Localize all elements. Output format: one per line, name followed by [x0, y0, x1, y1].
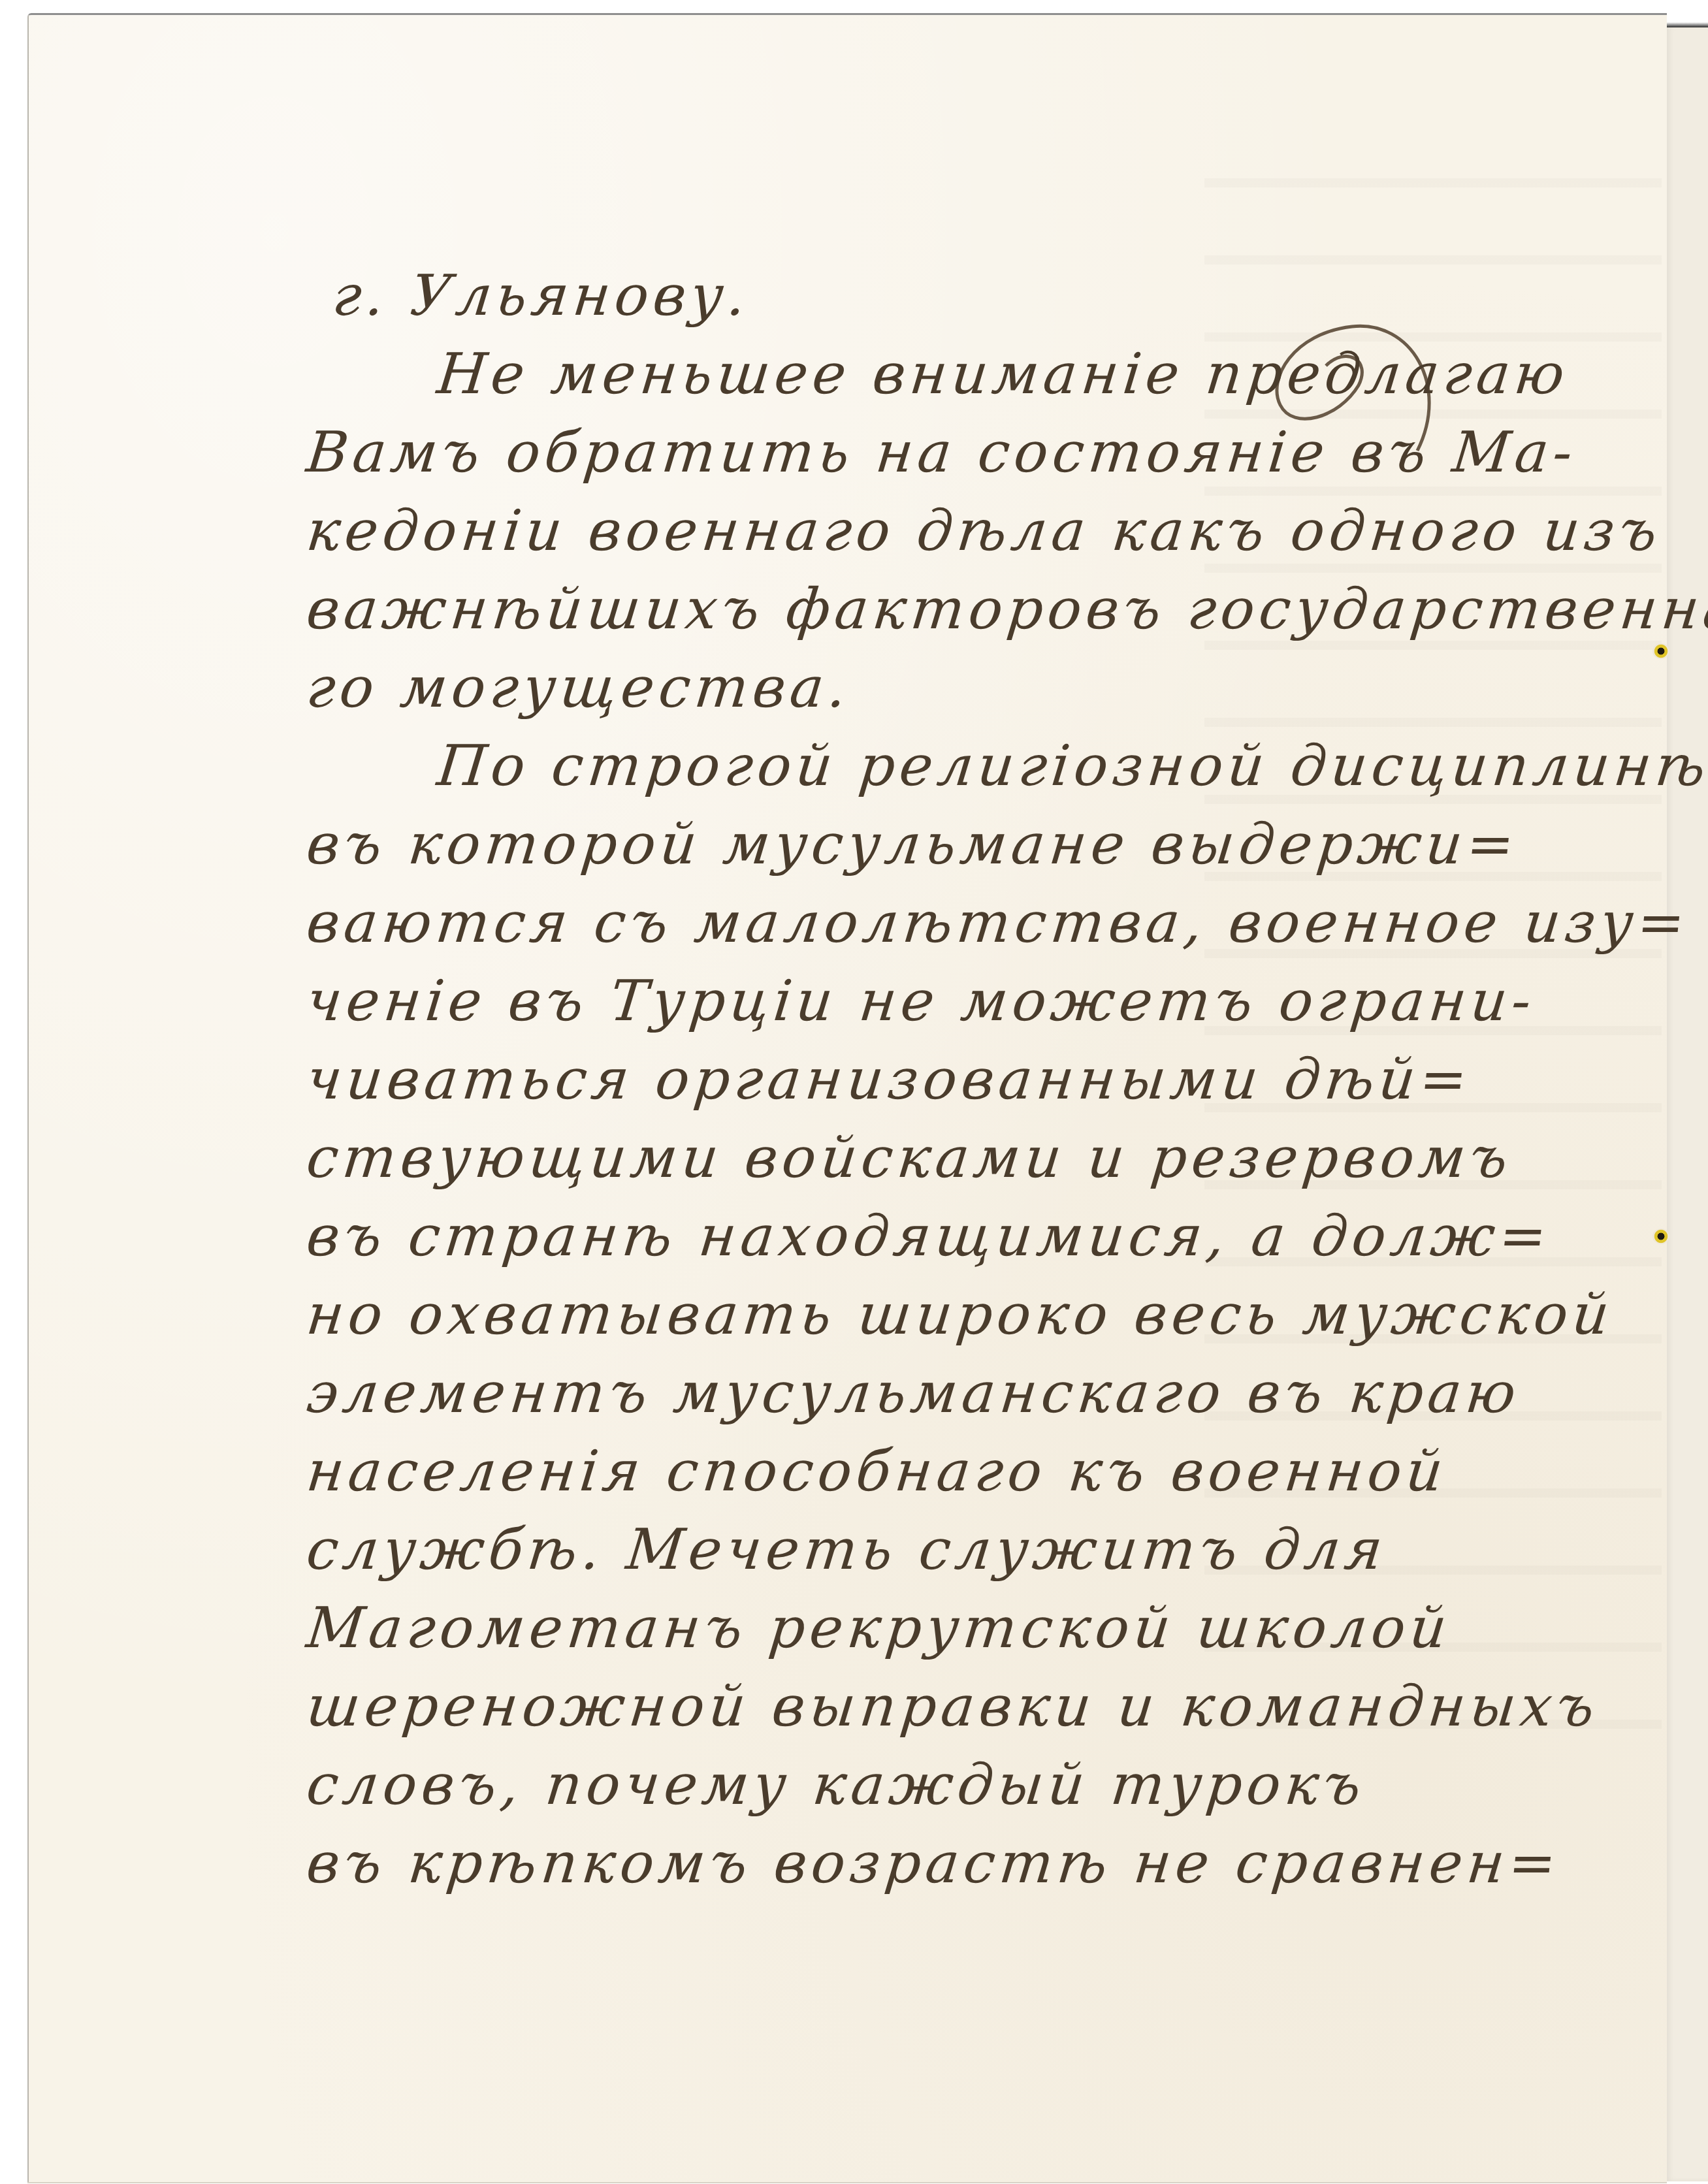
text-line: По строгой религіозной дисциплинѣ, — [434, 738, 1708, 794]
binding-hole-icon — [1652, 643, 1669, 659]
binding-hole-icon — [1652, 1228, 1669, 1244]
text-line: го могущества. — [304, 660, 853, 716]
text-line: кедоніи военнаго дѣла какъ одного изъ — [304, 503, 1664, 559]
text-line: службѣ. Мечеть служитъ для — [304, 1522, 1389, 1578]
text-line: элементъ мусульманскаго въ краю — [304, 1365, 1523, 1421]
text-line: ваются съ малолѣтства, военное изу= — [304, 895, 1692, 951]
text-line: ствующими войсками и резервомъ — [304, 1130, 1515, 1186]
text-line: важнѣйшихъ факторовъ государственна- — [304, 581, 1708, 637]
adjacent-sheet-edge — [1664, 26, 1708, 2181]
text-line: въ крѣпкомъ возрастѣ не сравнен= — [304, 1835, 1563, 1891]
text-line: Магометанъ рекрутской школой — [304, 1600, 1453, 1656]
text-line: словъ, почему каждый турокъ — [304, 1757, 1368, 1813]
text-line: населенія способнаго къ военной — [304, 1443, 1450, 1500]
text-line: но охватывать широко весь мужской — [304, 1287, 1616, 1343]
text-line: въ странѣ находящимися, а долж= — [304, 1208, 1554, 1264]
text-line: въ которой мусульмане выдержи= — [304, 816, 1521, 873]
text-line: чиваться организованными дѣй= — [304, 1052, 1474, 1108]
addressee-heading: г. Ульянову. — [330, 268, 753, 324]
text-line: ченіе въ Турціи не можетъ ограни- — [304, 973, 1538, 1029]
text-line: Вамъ обратить на состояніе въ Ма- — [304, 425, 1579, 481]
text-line: Не меньшее вниманіе предлагаю — [434, 346, 1571, 402]
text-line: шереножной выправки и командныхъ — [304, 1678, 1602, 1735]
